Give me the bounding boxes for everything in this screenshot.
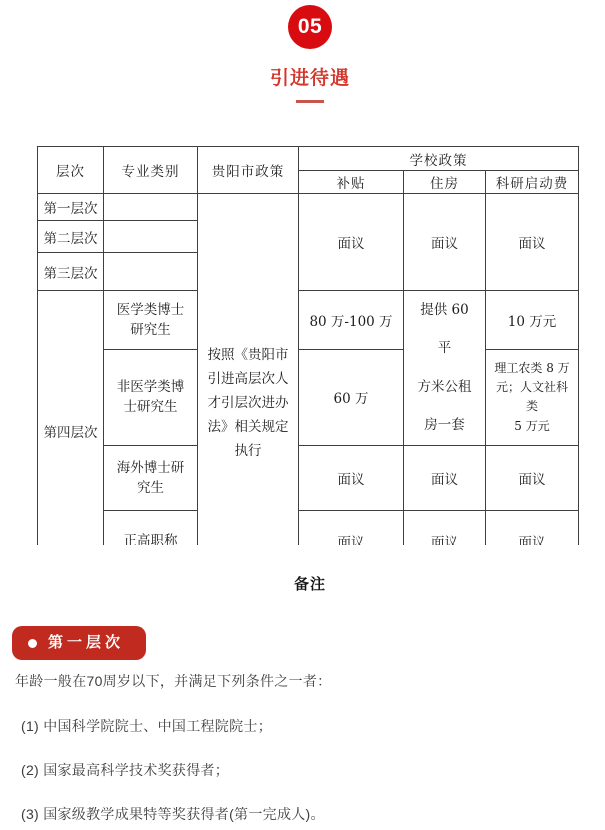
tier4-row-overseas-housing: 面议	[404, 445, 486, 510]
tier4-row-nonmedical-subsidy: 60 万	[299, 350, 404, 446]
tier4-row-nonmedical-research: 理工农类 8 万 元；人文社科类 5 万元	[486, 350, 579, 446]
col-header-school-policy: 学校政策	[299, 147, 579, 171]
tier1-condition-2: (2) 国家最高科学技术奖获得者；	[21, 760, 229, 780]
tier4-row-overseas-research: 面议	[486, 445, 579, 510]
article-page: 05 引进待遇 层次 专业类别 贵阳市政策 学校政策 补贴 住房 科研启动费 第…	[0, 0, 605, 830]
col-header-level: 层次	[38, 147, 104, 194]
benefits-table-container: 层次 专业类别 贵阳市政策 学校政策 补贴 住房 科研启动费 第一层次 按照《贵…	[37, 146, 580, 545]
tiers123-subsidy-cell: 面议	[299, 194, 404, 291]
tier4-row-medical-subsidy: 80 万-100 万	[299, 291, 404, 350]
tier1-category-cell	[104, 194, 198, 221]
tier4-row-professor-subsidy: 面议	[299, 510, 404, 545]
remark-label: 备注	[15, 573, 605, 594]
tier1-section-badge: 第一层次	[12, 626, 146, 660]
tier4-row-medical-research: 10 万元	[486, 291, 579, 350]
tier4-level-cell: 第四层次	[38, 291, 104, 546]
col-header-category: 专业类别	[104, 147, 198, 194]
tier4-row-professor-category: 正高职称	[104, 510, 198, 545]
tier4-row-medical-category: 医学类博士研究生	[104, 291, 198, 350]
col-header-city-policy: 贵阳市政策	[198, 147, 299, 194]
section-number: 05	[298, 15, 322, 39]
tier1-intro-text: 年龄一般在70周岁以下，并满足下列条件之一者：	[15, 671, 331, 691]
tier1-level-cell: 第一层次	[38, 194, 104, 221]
title-underline-decoration	[296, 100, 324, 103]
tiers123-housing-cell: 面议	[404, 194, 486, 291]
benefits-table: 层次 专业类别 贵阳市政策 学校政策 补贴 住房 科研启动费 第一层次 按照《贵…	[37, 146, 579, 545]
tier4-row-professor-housing: 面议	[404, 510, 486, 545]
tier1-badge-label: 第一层次	[48, 634, 124, 652]
tier3-level-cell: 第三层次	[38, 253, 104, 291]
tier2-level-cell: 第二层次	[38, 221, 104, 253]
col-header-subsidy: 补贴	[299, 171, 404, 194]
tier4-row-nonmedical-category: 非医学类博士研究生	[104, 350, 198, 446]
tier4-shared-housing-cell: 提供 60 平 方米公租 房一套	[404, 291, 486, 446]
tier4-row-overseas-subsidy: 面议	[299, 445, 404, 510]
section-number-badge: 05	[288, 5, 332, 49]
tier4-row-overseas-category: 海外博士研究生	[104, 445, 198, 510]
tier2-category-cell	[104, 221, 198, 253]
tier3-category-cell	[104, 253, 198, 291]
col-header-housing: 住房	[404, 171, 486, 194]
bullet-icon	[28, 639, 37, 648]
tier1-condition-3: (3) 国家级教学成果特等奖获得者(第一完成人)。	[21, 804, 325, 824]
col-header-research-fund: 科研启动费	[486, 171, 579, 194]
tiers123-research-cell: 面议	[486, 194, 579, 291]
tier1-condition-1: (1) 中国科学院院士、中国工程院院士；	[21, 716, 272, 736]
page-title: 引进待遇	[15, 63, 605, 90]
city-policy-cell: 按照《贵阳市引进高层次人才引层次进办法》相关规定执行	[198, 194, 299, 546]
tier4-row-professor-research: 面议	[486, 510, 579, 545]
